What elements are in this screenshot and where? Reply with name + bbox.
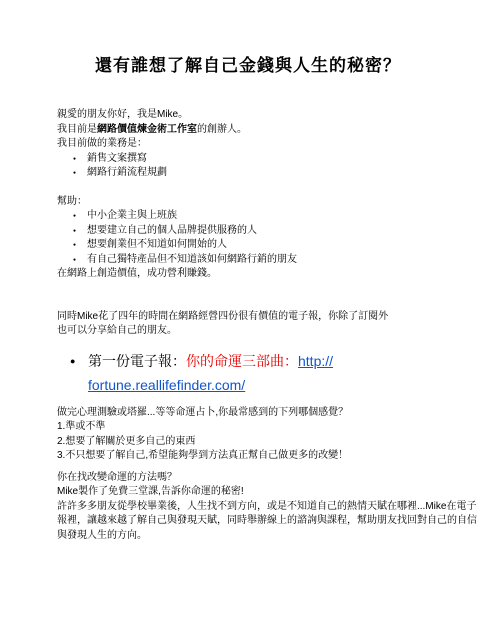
service-list-item: 網路行銷流程規劃 bbox=[57, 166, 439, 181]
quiz-question: 做完心理測驗或塔羅...等等命運占卜,你最常感到的下列哪個感覺？ bbox=[57, 406, 439, 421]
audience-list-item: 中小企業主與上班族 bbox=[57, 209, 439, 224]
newsletter-link-line2: fortune.reallifefinder.com/ bbox=[88, 377, 245, 393]
quiz-section: 做完心理測驗或塔羅...等等命運占卜,你最常感到的下列哪個感覺？ 1.準或不準 … bbox=[57, 406, 439, 464]
closing-paragraph-line: 與發現人生的方向。 bbox=[57, 529, 439, 544]
document-page: 還有誰想了解自己金錢與人生的秘密？ 親愛的朋友你好，我是Mike。 我目前是網路… bbox=[0, 0, 495, 640]
newsletter-intro-line: 也可以分享給自己的朋友。 bbox=[57, 324, 439, 339]
studio-line: 我目前是網路價值煉金術工作室的創辦人。 bbox=[57, 123, 439, 138]
newsletter-name: 你的命運三部曲： bbox=[186, 353, 298, 369]
audience-label: 中小企業主與上班族 bbox=[87, 210, 177, 221]
bullet-icon bbox=[73, 224, 76, 240]
bullet-icon bbox=[73, 152, 76, 168]
audience-list-item: 有自己獨特產品但不知道該如何網路行銷的朋友 bbox=[57, 253, 439, 268]
closing-paragraph-line: 報裡，讓越來越了解自己與發現天賦，同時舉辦線上的諮詢與課程，幫助朋友找回對自己的… bbox=[57, 514, 439, 529]
service-list-item: 銷售文案撰寫 bbox=[57, 152, 439, 167]
newsletter-item: 第一份電子報：你的命運三部曲：http://fortune.reallifefi… bbox=[57, 349, 439, 397]
service-label: 網路行銷流程規劃 bbox=[87, 167, 167, 178]
newsletter-intro-line: 同時Mike花了四年的時間在網路經營四份很有價值的電子報，你除了訂閱外 bbox=[57, 310, 439, 325]
business-intro-line: 我目前做的業務是： bbox=[57, 137, 439, 152]
help-section: 幫助： 中小企業主與上班族 想要建立自己的個人品牌提供服務的人 想要創業但不知道… bbox=[57, 195, 439, 282]
bullet-icon bbox=[73, 238, 76, 254]
bullet-icon bbox=[73, 166, 76, 182]
intro-paragraph: 親愛的朋友你好，我是Mike。 我目前是網路價值煉金術工作室的創辦人。 我目前做… bbox=[57, 108, 439, 181]
bullet-icon bbox=[73, 209, 76, 225]
studio-name: 網路價值煉金術工作室 bbox=[97, 124, 197, 135]
audience-label: 想要創業但不知道如何開始的人 bbox=[87, 239, 227, 250]
newsletter-label: 第一份電子報： bbox=[88, 353, 186, 369]
greeting-line: 親愛的朋友你好，我是Mike。 bbox=[57, 108, 439, 123]
page-title: 還有誰想了解自己金錢與人生的秘密？ bbox=[57, 56, 439, 76]
studio-suffix: 的創辦人。 bbox=[197, 124, 247, 135]
audience-label: 想要建立自己的個人品牌提供服務的人 bbox=[87, 225, 257, 236]
help-label: 幫助： bbox=[57, 195, 439, 210]
help-outcome-line: 在網路上創造價值，成功營利賺錢。 bbox=[57, 267, 439, 282]
closing-paragraph-line: 許許多多朋友從學校畢業後，人生找不到方向，或是不知道自己的熱情天賦在哪裡...M… bbox=[57, 500, 439, 515]
closing-section: 你在找改變命運的方法嗎？ Mike製作了免費三堂課,告訴你命運的秘密! 許許多多… bbox=[57, 471, 439, 544]
audience-list-item: 想要建立自己的個人品牌提供服務的人 bbox=[57, 224, 439, 239]
studio-prefix: 我目前是 bbox=[57, 124, 97, 135]
bullet-icon bbox=[73, 253, 76, 269]
audience-list-item: 想要創業但不知道如何開始的人 bbox=[57, 238, 439, 253]
quiz-option: 1.準或不準 bbox=[57, 420, 439, 435]
closing-offer: Mike製作了免費三堂課,告訴你命運的秘密! bbox=[57, 485, 439, 500]
quiz-option: 3.不只想要了解自己,希望能夠學到方法真正幫自己做更多的改變！ bbox=[57, 449, 439, 464]
service-label: 銷售文案撰寫 bbox=[87, 153, 147, 164]
newsletter-link-line1: http:// bbox=[298, 353, 333, 369]
quiz-option: 2.想要了解關於更多自己的東西 bbox=[57, 435, 439, 450]
audience-label: 有自己獨特產品但不知道該如何網路行銷的朋友 bbox=[87, 254, 297, 265]
newsletter-intro-paragraph: 同時Mike花了四年的時間在網路經營四份很有價值的電子報，你除了訂閱外 也可以分… bbox=[57, 310, 439, 339]
closing-question: 你在找改變命運的方法嗎？ bbox=[57, 471, 439, 486]
bullet-icon bbox=[70, 349, 75, 373]
